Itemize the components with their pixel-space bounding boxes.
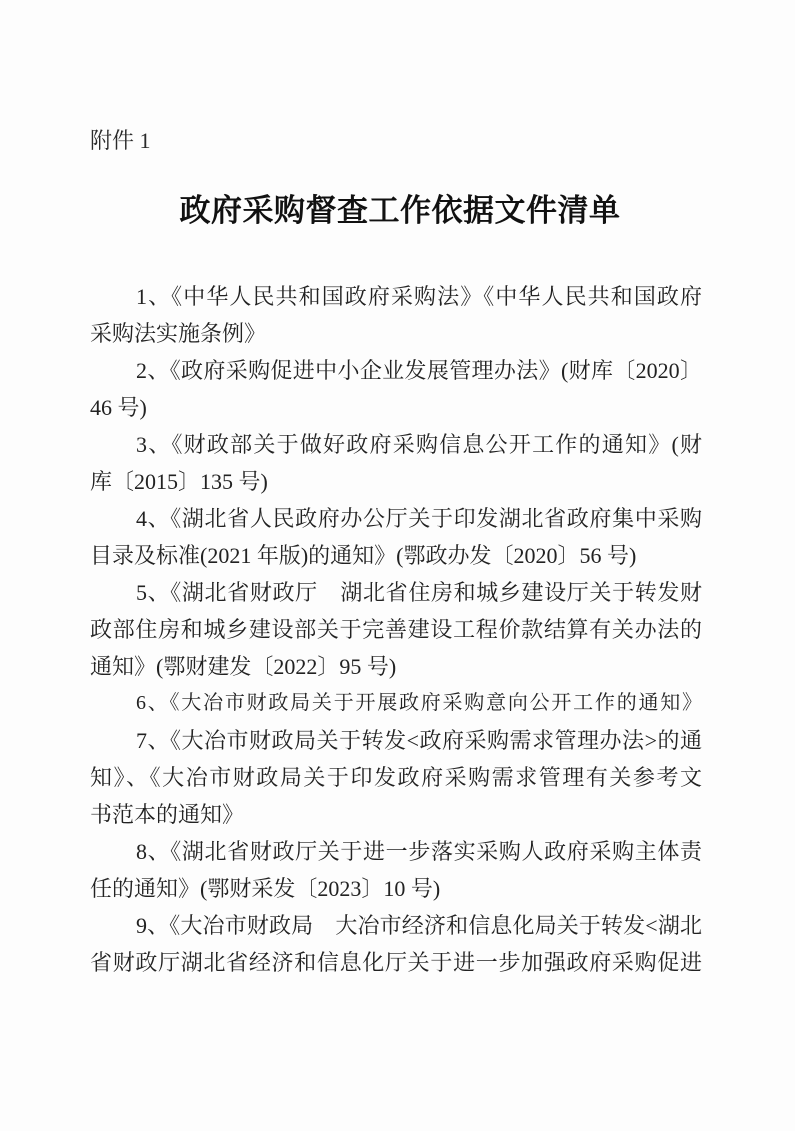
text-line: 3、《财政部关于做好政府采购信息公开工作的通知》(财 bbox=[90, 426, 702, 463]
list-item-4: 4、《湖北省人民政府办公厅关于印发湖北省政府集中采购 目录及标准(2021 年版… bbox=[90, 500, 702, 574]
text-line: 知》、《大冶市财政局关于印发政府采购需求管理有关参考文 bbox=[90, 759, 702, 796]
list-item-9: 9、《大冶市财政局 大冶市经济和信息化局关于转发<湖北 省财政厅湖北省经济和信息… bbox=[90, 907, 702, 981]
text-line: 4、《湖北省人民政府办公厅关于印发湖北省政府集中采购 bbox=[90, 500, 702, 537]
text-line: 5、《湖北省财政厅 湖北省住房和城乡建设厅关于转发财 bbox=[90, 574, 702, 611]
text-line: 1、《中华人民共和国政府采购法》《中华人民共和国政府 bbox=[90, 278, 702, 315]
list-item-3: 3、《财政部关于做好政府采购信息公开工作的通知》(财 库〔2015〕135 号) bbox=[90, 426, 702, 500]
text-line: 库〔2015〕135 号) bbox=[90, 463, 702, 500]
text-line: 8、《湖北省财政厅关于进一步落实采购人政府采购主体责 bbox=[90, 833, 702, 870]
text-line: 7、《大冶市财政局关于转发<政府采购需求管理办法>的通 bbox=[90, 722, 702, 759]
list-item-6: 6、《大冶市财政局关于开展政府采购意向公开工作的通知》 bbox=[90, 685, 702, 722]
list-item-8: 8、《湖北省财政厅关于进一步落实采购人政府采购主体责 任的通知》(鄂财采发〔20… bbox=[90, 833, 702, 907]
document-title: 政府采购督查工作依据文件清单 bbox=[90, 190, 710, 232]
list-item-7: 7、《大冶市财政局关于转发<政府采购需求管理办法>的通 知》、《大冶市财政局关于… bbox=[90, 722, 702, 833]
text-line: 目录及标准(2021 年版)的通知》(鄂政办发〔2020〕56 号) bbox=[90, 537, 702, 574]
document-body: 1、《中华人民共和国政府采购法》《中华人民共和国政府 采购法实施条例》 2、《政… bbox=[90, 278, 702, 981]
text-line: 政部住房和城乡建设部关于完善建设工程价款结算有关办法的 bbox=[90, 611, 702, 648]
text-line: 6、《大冶市财政局关于开展政府采购意向公开工作的通知》 bbox=[90, 685, 702, 722]
text-line: 通知》(鄂财建发〔2022〕95 号) bbox=[90, 648, 702, 685]
text-line: 任的通知》(鄂财采发〔2023〕10 号) bbox=[90, 870, 702, 907]
document-page: 附件 1 政府采购督查工作依据文件清单 1、《中华人民共和国政府采购法》《中华人… bbox=[0, 0, 795, 1131]
text-line: 2、《政府采购促进中小企业发展管理办法》(财库〔2020〕 bbox=[90, 352, 702, 389]
text-line: 书范本的通知》 bbox=[90, 796, 702, 833]
text-line: 46 号) bbox=[90, 389, 702, 426]
list-item-2: 2、《政府采购促进中小企业发展管理办法》(财库〔2020〕 46 号) bbox=[90, 352, 702, 426]
text-line: 采购法实施条例》 bbox=[90, 315, 702, 352]
list-item-5: 5、《湖北省财政厅 湖北省住房和城乡建设厅关于转发财 政部住房和城乡建设部关于完… bbox=[90, 574, 702, 685]
text-line: 省财政厅湖北省经济和信息化厅关于进一步加强政府采购促进 bbox=[90, 944, 702, 981]
attachment-label: 附件 1 bbox=[90, 127, 151, 155]
list-item-1: 1、《中华人民共和国政府采购法》《中华人民共和国政府 采购法实施条例》 bbox=[90, 278, 702, 352]
text-line: 9、《大冶市财政局 大冶市经济和信息化局关于转发<湖北 bbox=[90, 907, 702, 944]
